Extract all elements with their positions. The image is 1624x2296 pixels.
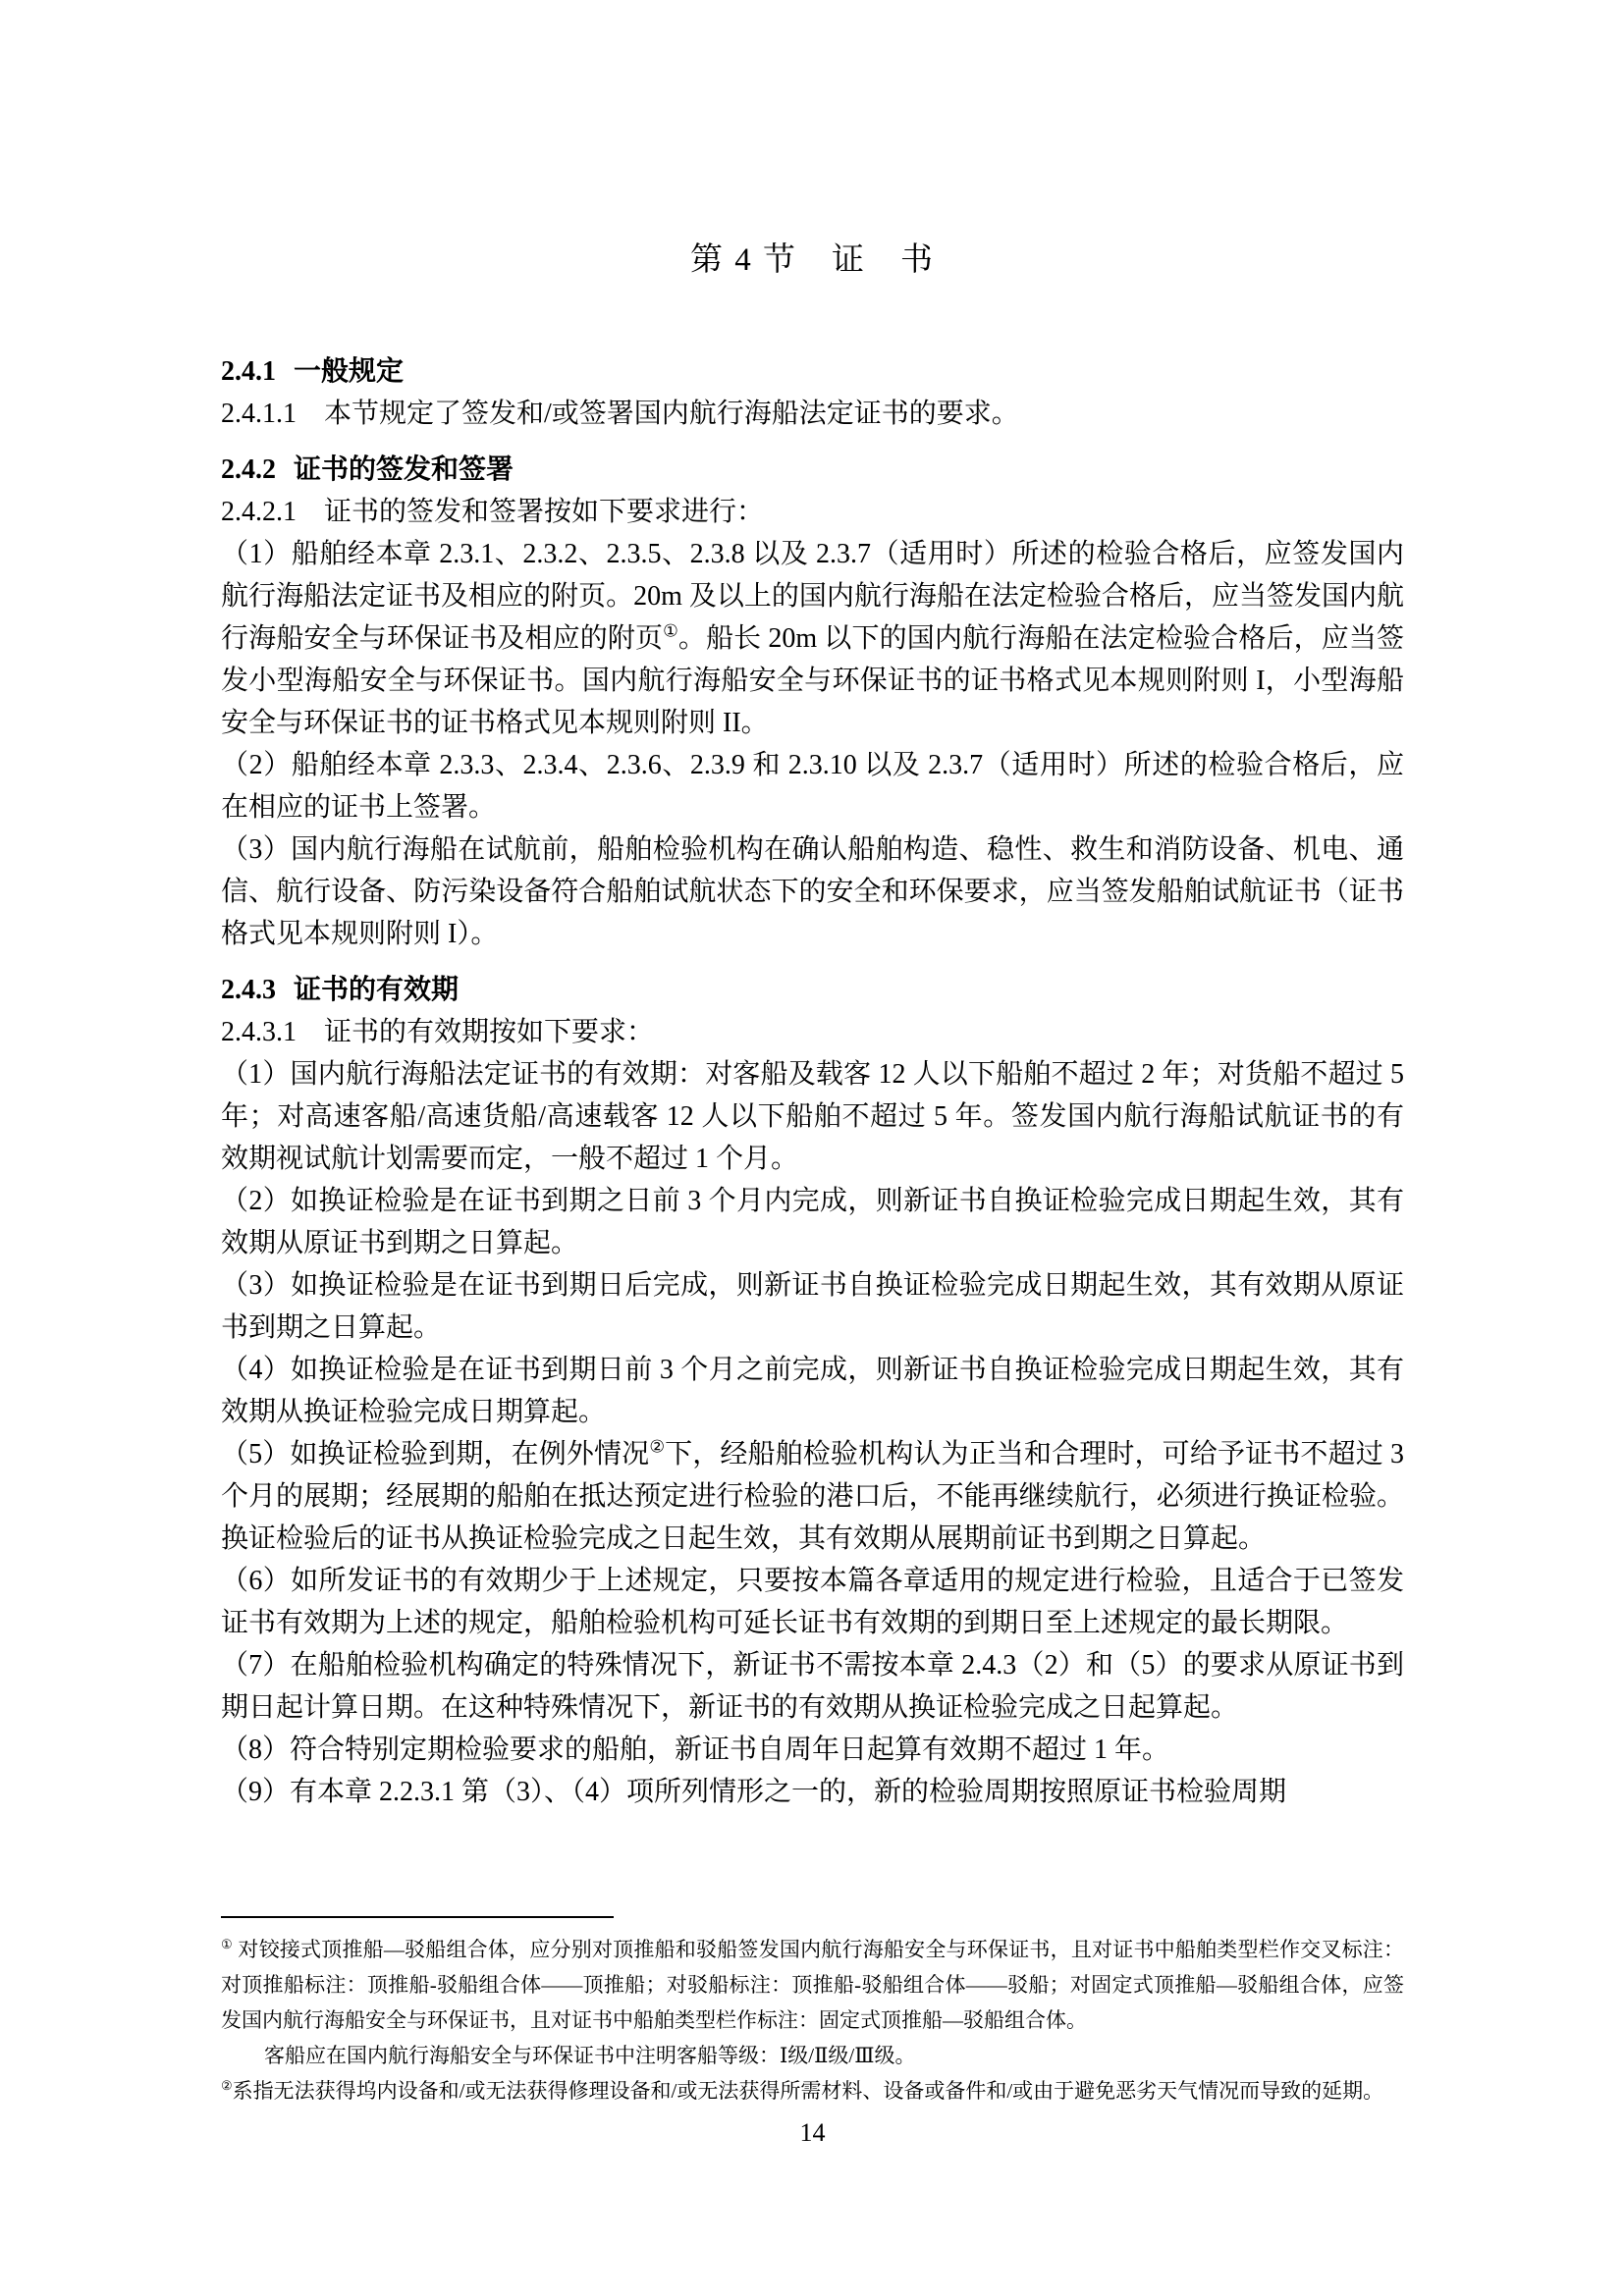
section-heading-text: 证书的签发和签署 (294, 454, 514, 485)
footnote-ref: ① (663, 622, 678, 641)
footnote-ref: ① (221, 1937, 233, 1951)
footnote-2: ②系指无法获得坞内设备和/或无法获得修理设备和/或无法获得所需材料、设备或备件和… (221, 2073, 1404, 2109)
document-page: 第 4 节 证 书 2.4.1一般规定 2.4.1.1 本节规定了签发和/或签署… (0, 0, 1624, 2296)
section-heading-text: 证书的有效期 (294, 975, 459, 1005)
section-general-provisions: 2.4.1一般规定 2.4.1.1 本节规定了签发和/或签署国内航行海船法定证书… (221, 350, 1404, 435)
paragraph: （3）如换证检验是在证书到期日后完成，则新证书自换证检验完成日期起生效，其有效期… (221, 1264, 1404, 1349)
section-heading: 2.4.2证书的签发和签署 (221, 449, 1404, 491)
paragraph: （3）国内航行海船在试航前，船舶检验机构在确认船舶构造、稳性、救生和消防设备、机… (221, 828, 1404, 955)
paragraph: （8）符合特别定期检验要求的船舶，新证书自周年日起算有效期不超过 1 年。 (221, 1729, 1404, 1771)
paragraph: 2.4.2.1 证书的签发和签署按如下要求进行： (221, 491, 1404, 533)
page-title: 第 4 节 证 书 (221, 239, 1404, 282)
section-certificate-issue-endorsement: 2.4.2证书的签发和签署 2.4.2.1 证书的签发和签署按如下要求进行： （… (221, 449, 1404, 955)
paragraph: （9）有本章 2.2.3.1 第（3）、（4）项所列情形之一的，新的检验周期按照… (221, 1771, 1404, 1813)
page-number: 14 (221, 2116, 1404, 2150)
paragraph: （7）在船舶检验机构确定的特殊情况下，新证书不需按本章 2.4.3（2）和（5）… (221, 1644, 1404, 1729)
paragraph: （6）如所发证书的有效期少于上述规定，只要按本篇各章适用的规定进行检验，且适合于… (221, 1560, 1404, 1644)
footnote-1-continued: 客船应在国内航行海船安全与环保证书中注明客船等级：Ⅰ级/Ⅱ级/Ⅲ级。 (221, 2038, 1404, 2073)
paragraph: 2.4.3.1 证书的有效期按如下要求： (221, 1011, 1404, 1053)
footnote-ref: ② (221, 2078, 233, 2093)
paragraph: （1）国内航行海船法定证书的有效期：对客船及载客 12 人以下船舶不超过 2 年… (221, 1053, 1404, 1180)
section-number: 2.4.1 (221, 356, 276, 387)
section-heading: 2.4.1一般规定 (221, 350, 1404, 393)
document-content: 第 4 节 证 书 2.4.1一般规定 2.4.1.1 本节规定了签发和/或签署… (221, 239, 1404, 1813)
footnote-ref: ② (649, 1438, 665, 1457)
paragraph: 2.4.1.1 本节规定了签发和/或签署国内航行海船法定证书的要求。 (221, 393, 1404, 435)
section-number: 2.4.3 (221, 975, 276, 1005)
paragraph: （4）如换证检验是在证书到期日前 3 个月之前完成，则新证书自换证检验完成日期起… (221, 1349, 1404, 1433)
section-number: 2.4.2 (221, 454, 276, 485)
footnotes-area: ① 对铰接式顶推船—驳船组合体，应分别对顶推船和驳船签发国内航行海船安全与环保证… (221, 1916, 1404, 2109)
footnote-separator (221, 1916, 614, 1918)
section-heading-text: 一般规定 (294, 356, 404, 387)
section-heading: 2.4.3证书的有效期 (221, 969, 1404, 1011)
footnote-1: ① 对铰接式顶推船—驳船组合体，应分别对顶推船和驳船签发国内航行海船安全与环保证… (221, 1932, 1404, 2038)
paragraph: （2）如换证检验是在证书到期之日前 3 个月内完成，则新证书自换证检验完成日期起… (221, 1180, 1404, 1264)
section-certificate-validity: 2.4.3证书的有效期 2.4.3.1 证书的有效期按如下要求： （1）国内航行… (221, 969, 1404, 1813)
paragraph: （1）船舶经本章 2.3.1、2.3.2、2.3.5、2.3.8 以及 2.3.… (221, 533, 1404, 744)
paragraph: （5）如换证检验到期，在例外情况②下，经船舶检验机构认为正当和合理时，可给予证书… (221, 1433, 1404, 1560)
paragraph: （2）船舶经本章 2.3.3、2.3.4、2.3.6、2.3.9 和 2.3.1… (221, 744, 1404, 828)
